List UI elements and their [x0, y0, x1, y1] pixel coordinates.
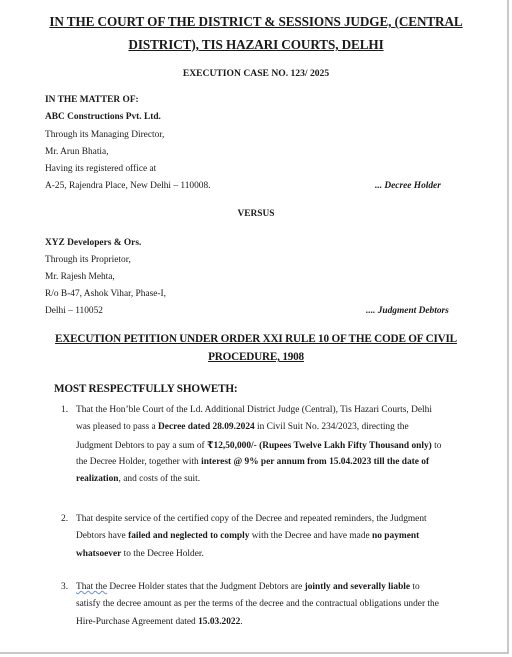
- in-the-matter-of-heading: IN THE MATTER OF:: [45, 95, 139, 105]
- petition-title-line-2: PROCEDURE, 1908: [0, 351, 512, 363]
- case-number: EXECUTION CASE NO. 123/ 2025: [0, 68, 512, 79]
- judgment-debtors-line: Through its Proprietor,: [45, 255, 131, 265]
- paragraph-line: That the Hon’ble Court of the Ld. Additi…: [76, 405, 432, 415]
- decree-holder-line: Having its registered office at: [45, 164, 156, 174]
- paragraph-line: Judgment Debtors to pay a sum of ₹12,50,…: [76, 440, 441, 451]
- versus-label: VERSUS: [0, 209, 512, 219]
- judgment-debtors-line: R/o B-47, Ashok Vihar, Phase-I,: [45, 289, 166, 299]
- text: in Civil Suit No. 234/2023, directing th…: [255, 422, 409, 432]
- paragraph-line: realization, and costs of the suit.: [76, 474, 200, 484]
- judgment-debtors-name: XYZ Developers & Ors.: [45, 238, 141, 248]
- bold-text: realization: [76, 474, 119, 484]
- text: to the Decree Holder.: [121, 549, 204, 559]
- bold-text: whatsoever: [76, 549, 121, 559]
- court-title-line-1: IN THE COURT OF THE DISTRICT & SESSIONS …: [0, 14, 512, 30]
- text: to: [432, 441, 442, 451]
- text: , and costs of the suit.: [119, 474, 201, 484]
- paragraph-number: 1.: [61, 405, 68, 415]
- document-page: IN THE COURT OF THE DISTRICT & SESSIONS …: [0, 0, 509, 654]
- decree-holder-name: ABC Constructions Pvt. Ltd.: [45, 112, 161, 122]
- showeth-heading: MOST RESPECTFULLY SHOWETH:: [54, 383, 237, 395]
- paragraph-line: Debtors have failed and neglected to com…: [76, 531, 419, 541]
- paragraph-line: whatsoever to the Decree Holder.: [76, 549, 204, 559]
- paragraph-number: 3.: [61, 582, 68, 592]
- bold-text: Decree dated 28.09.2024: [158, 422, 255, 432]
- paragraph-line: That the Decree Holder states that the J…: [76, 582, 420, 592]
- paragraph-line: Hire-Purchase Agreement dated 15.03.2022…: [76, 617, 243, 627]
- text: That the: [76, 582, 107, 592]
- petition-title-line-1: EXECUTION PETITION UNDER ORDER XXI RULE …: [0, 333, 512, 345]
- judgment-debtors-role: .... Judgment Debtors: [366, 306, 449, 316]
- judgment-debtors-line: Mr. Rajesh Mehta,: [45, 272, 115, 282]
- decree-holder-line: Through its Managing Director,: [45, 130, 164, 140]
- text: Judgment Debtors to pay a sum of: [76, 441, 207, 451]
- decree-holder-line: Mr. Arun Bhatia,: [45, 147, 109, 157]
- text: with the Decree and have made: [249, 531, 372, 541]
- paragraph-line: was pleased to pass a Decree dated 28.09…: [76, 422, 409, 432]
- text: That despite service of the certified co…: [76, 514, 427, 524]
- judgment-debtors-address: Delhi – 110052: [45, 306, 103, 316]
- court-title-line-2: DISTRICT), TIS HAZARI COURTS, DELHI: [0, 37, 512, 53]
- text: was pleased to pass a: [76, 422, 158, 432]
- decree-holder-address: A-25, Rajendra Place, New Delhi – 110008…: [45, 181, 211, 191]
- text: Decree Holder states that the Judgment D…: [107, 582, 305, 592]
- text: the Decree Holder, together with: [76, 457, 201, 467]
- bold-text: 15.03.2022: [198, 617, 240, 627]
- text: Debtors have: [76, 531, 128, 541]
- text: That the Hon’ble Court of the Ld. Additi…: [76, 405, 432, 415]
- paragraph-line: That despite service of the certified co…: [76, 514, 427, 524]
- bold-text: jointly and severally liable: [305, 582, 410, 592]
- paragraph-line: the Decree Holder, together with interes…: [76, 457, 429, 467]
- text: .: [240, 617, 242, 627]
- text: satisfy the decree amount as per the ter…: [76, 599, 439, 609]
- paragraph-number: 2.: [61, 514, 68, 524]
- text: to: [410, 582, 420, 592]
- bold-text: failed and neglected to comply: [128, 531, 249, 541]
- bold-text: no payment: [372, 531, 419, 541]
- decree-holder-role: ... Decree Holder: [375, 181, 441, 191]
- bold-text: interest @ 9% per annum from 15.04.2023 …: [201, 457, 429, 467]
- text: Hire-Purchase Agreement dated: [76, 617, 198, 627]
- paragraph-line: satisfy the decree amount as per the ter…: [76, 599, 439, 609]
- bold-text: ₹12,50,000/- (Rupees Twelve Lakh Fifty T…: [207, 441, 432, 451]
